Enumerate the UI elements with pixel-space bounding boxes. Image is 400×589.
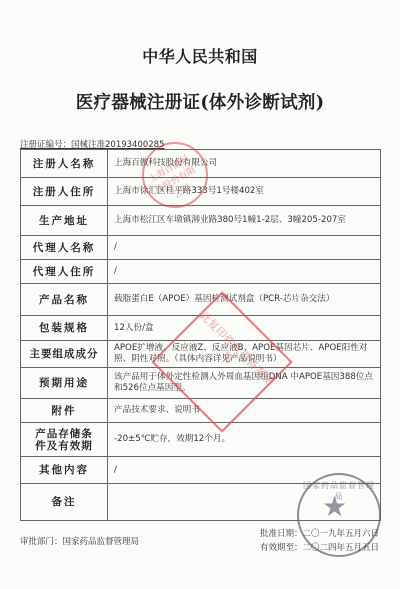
row-label-line: 件及有效期 bbox=[21, 440, 107, 452]
row-label: 主要组成成分 bbox=[21, 341, 108, 368]
row-value: APOE扩增液、反应液Z、反应液B、APOE基因芯片、APOE阳性对照、阴性对照… bbox=[108, 341, 381, 368]
row-label: 预期用途 bbox=[21, 368, 108, 399]
row-value: / bbox=[108, 457, 381, 484]
certificate-title: 医疗器械注册证(体外诊断试剂) bbox=[0, 89, 400, 114]
row-value: 该产品用于体外定性检测人外周血基因组DNA 中APOE基因388位点和526位点… bbox=[108, 368, 381, 399]
row-label-line: 产品存储条 bbox=[21, 428, 107, 440]
row-label: 备注 bbox=[21, 484, 108, 521]
table-row: 附件 产品技术要求、说明书 bbox=[21, 399, 381, 423]
row-value bbox=[108, 484, 381, 521]
country-title: 中华人民共和国 bbox=[0, 44, 400, 67]
table-row: 包装规格 12人份/盒 bbox=[21, 316, 381, 341]
approval-date: 批准日期：二〇一九年五月六日 bbox=[260, 527, 379, 541]
row-label: 注册人名称 bbox=[21, 150, 108, 178]
row-value: 载脂蛋白E（APOE）基因检测试剂盒（PCR-芯片杂交法） bbox=[108, 284, 381, 316]
table-row: 预期用途 该产品用于体外定性检测人外周血基因组DNA 中APOE基因388位点和… bbox=[21, 368, 381, 399]
row-value: 上海市徐汇区桂平路333号1号楼402室 bbox=[108, 178, 381, 206]
approval-department: 审批部门：国家药品监督管理局 bbox=[20, 535, 139, 547]
row-label: 产品名称 bbox=[21, 284, 108, 316]
row-label: 代理人名称 bbox=[21, 236, 108, 260]
row-value: 上海市松江区车墩镇泖业路380号1幢1-2层、3幢205-207室 bbox=[108, 206, 381, 236]
row-value: 产品技术要求、说明书 bbox=[108, 399, 381, 423]
table-row: 产品存储条 件及有效期 -20±5℃贮存，效期12个月。 bbox=[21, 423, 381, 457]
certificate-page: 中华人民共和国 医疗器械注册证(体外诊断试剂) 注册证编号：国械注准201934… bbox=[0, 0, 400, 589]
table-row: 代理人名称 / bbox=[21, 236, 381, 260]
table-row: 生产地址 上海市松江区车墩镇泖业路380号1幢1-2层、3幢205-207室 bbox=[21, 206, 381, 236]
table-row: 注册人住所 上海市徐汇区桂平路333号1号楼402室 bbox=[21, 178, 381, 206]
table-row: 代理人住所 / bbox=[21, 260, 381, 284]
table-row: 主要组成成分 APOE扩增液、反应液Z、反应液B、APOE基因芯片、APOE阳性… bbox=[21, 341, 381, 368]
table-row: 备注 bbox=[21, 484, 381, 521]
row-label: 其他内容 bbox=[21, 457, 108, 484]
row-value: -20±5℃贮存，效期12个月。 bbox=[108, 423, 381, 457]
row-label: 注册人住所 bbox=[21, 178, 108, 206]
row-label: 产品存储条 件及有效期 bbox=[21, 423, 108, 457]
row-label: 包装规格 bbox=[21, 316, 108, 341]
row-value: / bbox=[108, 236, 381, 260]
row-value: 12人份/盒 bbox=[108, 316, 381, 341]
row-value: 上海百傲科技股份有限公司 bbox=[108, 150, 381, 178]
certificate-table: 注册人名称 上海百傲科技股份有限公司 注册人住所 上海市徐汇区桂平路333号1号… bbox=[20, 149, 381, 521]
row-label: 生产地址 bbox=[21, 206, 108, 236]
row-label: 代理人住所 bbox=[21, 260, 108, 284]
dates-block: 批准日期：二〇一九年五月六日 有效期至：二〇二四年五月五日 bbox=[260, 527, 379, 555]
expiry-date: 有效期至：二〇二四年五月五日 bbox=[260, 541, 379, 555]
table-row: 注册人名称 上海百傲科技股份有限公司 bbox=[21, 150, 381, 178]
table-row: 产品名称 载脂蛋白E（APOE）基因检测试剂盒（PCR-芯片杂交法） bbox=[21, 284, 381, 316]
row-value: / bbox=[108, 260, 381, 284]
row-label: 附件 bbox=[21, 399, 108, 423]
table-row: 其他内容 / bbox=[21, 457, 381, 484]
